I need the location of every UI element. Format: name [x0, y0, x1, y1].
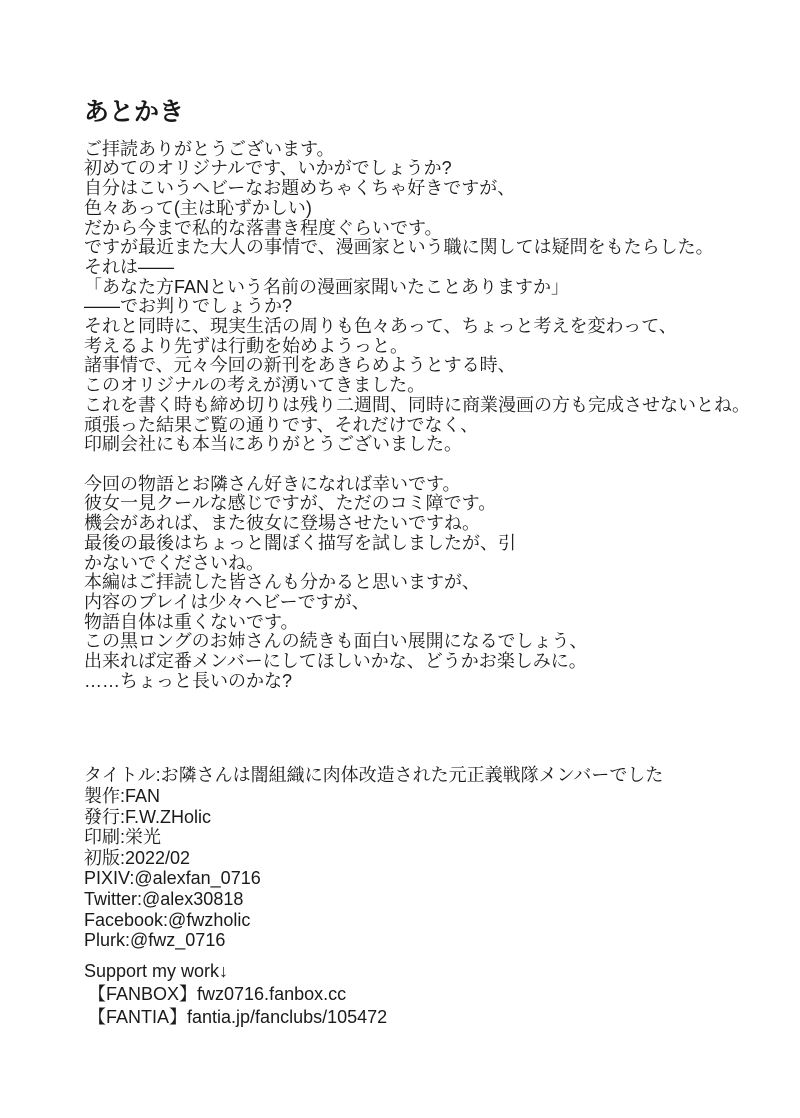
text-line: 本編はご拝読した皆さんも分かると思いますが、: [84, 573, 764, 593]
support-link-line: 【FANBOX】fwz0716.fanbox.cc: [84, 983, 764, 1006]
text-line: これを書く時も締め切りは残り二週間、同時に商業漫画の方も完成させないとね。: [84, 396, 764, 416]
text-line: ですが最近また大人の事情で、漫画家という職に関しては疑問をもたらした。: [84, 238, 764, 258]
text-line: 最後の最後はちょっと闇ぼく描写を試しましたが、引: [84, 534, 764, 554]
credit-line: 初版:2022/02: [84, 848, 764, 869]
credits-section: タイトル:お隣さんは闇組織に肉体改造された元正義戦隊メンバーでした 製作:FAN…: [84, 765, 764, 950]
credit-line: 發行:F.W.ZHolic: [84, 807, 764, 828]
text-line: 初めてのオリジナルです、いかがでしょうか?: [84, 159, 764, 179]
text-line: 色々あって(主は恥ずかしい): [84, 199, 764, 219]
text-line: 物語自体は重くないです。: [84, 613, 764, 633]
credit-line: PIXIV:@alexfan_0716: [84, 868, 764, 889]
text-line: 機会があれば、また彼女に登場させたいですね。: [84, 514, 764, 534]
credit-line: Facebook:@fwzholic: [84, 910, 764, 931]
support-heading: Support my work↓: [84, 960, 764, 983]
text-line: 「あなた方FANという名前の漫画家聞いたことありますか」: [84, 278, 764, 298]
credit-line: 印刷:栄光: [84, 827, 764, 848]
support-link-line: 【FANTIA】fantia.jp/fanclubs/105472: [84, 1006, 764, 1029]
text-line: かないでくださいね。: [84, 554, 764, 574]
text-line: このオリジナルの考えが湧いてきました。: [84, 376, 764, 396]
credit-line: タイトル:お隣さんは闇組織に肉体改造された元正義戦隊メンバーでした: [84, 765, 764, 786]
text-line: ……ちょっと長いのかな?: [84, 672, 764, 692]
text-line: 彼女一見クールな感じですが、ただのコミ障です。: [84, 494, 764, 514]
support-section: Support my work↓ 【FANBOX】fwz0716.fanbox.…: [84, 960, 764, 1029]
credit-line: Twitter:@alex30818: [84, 889, 764, 910]
text-line: 出来れば定番メンバーにしてほしいかな、どうかお楽しみに。: [84, 652, 764, 672]
afterword-paragraph-1: ご拝読ありがとうございます。 初めてのオリジナルです、いかがでしょうか? 自分は…: [84, 140, 764, 455]
text-line: ご拝読ありがとうございます。: [84, 140, 764, 160]
text-line: 内容のプレイは少々ヘビーですが、: [84, 593, 764, 613]
text-line: それは——: [84, 258, 764, 278]
afterword-heading: あとかき: [84, 98, 764, 127]
text-line: 今回の物語とお隣さん好きになれば幸いです。: [84, 475, 764, 495]
text-line: 頑張った結果ご覧の通りです、それだけでなく、: [84, 416, 764, 436]
credit-line: 製作:FAN: [84, 786, 764, 807]
text-line: 考えるより先ずは行動を始めようっと。: [84, 337, 764, 357]
afterword-paragraph-2: 今回の物語とお隣さん好きになれば幸いです。 彼女一見クールな感じですが、ただのコ…: [84, 475, 764, 692]
text-line: 自分はこいうヘビーなお題めちゃくちゃ好きですが、: [84, 179, 764, 199]
afterword-page: あとかき ご拝読ありがとうございます。 初めてのオリジナルです、いかがでしょうか…: [0, 0, 800, 1118]
credit-line: Plurk:@fwz_0716: [84, 930, 764, 951]
text-line: それと同時に、現実生活の周りも色々あって、ちょっと考えを変わって、: [84, 317, 764, 337]
text-line: 諸事情で、元々今回の新刊をあきらめようとする時、: [84, 356, 764, 376]
text-line: この黒ロングのお姉さんの続きも面白い展開になるでしょう、: [84, 632, 764, 652]
text-line: ——でお判りでしょうか?: [84, 297, 764, 317]
support-links: 【FANBOX】fwz0716.fanbox.cc 【FANTIA】fantia…: [84, 983, 764, 1029]
text-line: 印刷会社にも本当にありがとうございました。: [84, 435, 764, 455]
text-line: だから今まで私的な落書き程度ぐらいです。: [84, 219, 764, 239]
page-content: あとかき ご拝読ありがとうございます。 初めてのオリジナルです、いかがでしょうか…: [84, 98, 764, 1029]
